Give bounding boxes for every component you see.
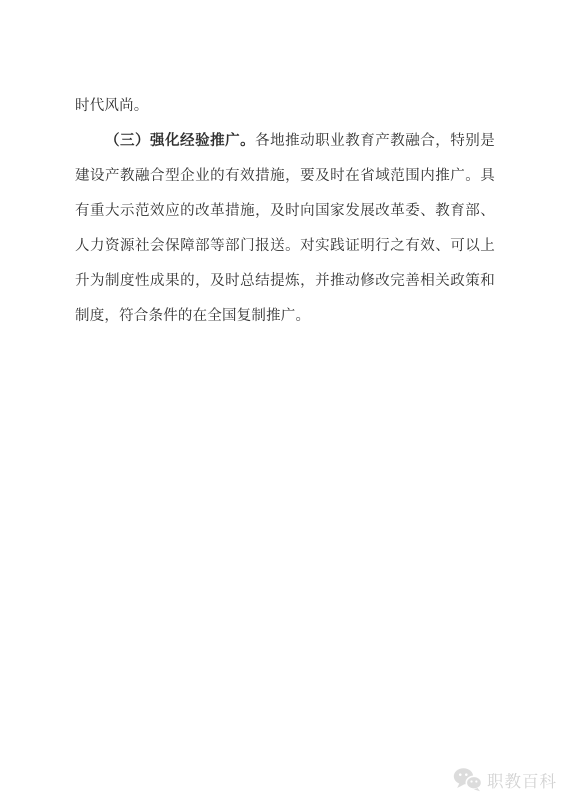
paragraph-text: 各地推动职业教育产教融合，特别是 xyxy=(255,133,495,149)
document-line: 制度，符合条件的在全国复制推广。 xyxy=(75,299,495,334)
document-line: 人力资源社会保障部等部门报送。对实践证明行之有效、可以上 xyxy=(75,229,495,264)
paragraph-text: 制度，符合条件的在全国复制推广。 xyxy=(75,308,310,324)
document-line: 有重大示范效应的改革措施，及时向国家发展改革委、教育部、 xyxy=(75,194,495,229)
document-line: 时代风尚。 xyxy=(75,89,495,124)
document-page: 时代风尚。 （三）强化经验推广。各地推动职业教育产教融合，特别是 建设产教融合型… xyxy=(0,0,570,807)
paragraph-text: 升为制度性成果的，及时总结提炼，并推动修改完善相关政策和 xyxy=(75,273,495,289)
document-line: （三）强化经验推广。各地推动职业教育产教融合，特别是 xyxy=(75,124,495,159)
paragraph-text: 人力资源社会保障部等部门报送。对实践证明行之有效、可以上 xyxy=(75,238,495,254)
section-heading: （三）强化经验推广。 xyxy=(105,133,255,149)
document-line: 升为制度性成果的，及时总结提炼，并推动修改完善相关政策和 xyxy=(75,264,495,299)
paragraph-text: 有重大示范效应的改革措施，及时向国家发展改革委、教育部、 xyxy=(75,203,495,219)
document-body: 时代风尚。 （三）强化经验推广。各地推动职业教育产教融合，特别是 建设产教融合型… xyxy=(75,89,495,334)
wechat-logo-icon xyxy=(453,767,482,792)
document-line: 建设产教融合型企业的有效措施，要及时在省域范围内推广。具 xyxy=(75,159,495,194)
paragraph-text: 建设产教融合型企业的有效措施，要及时在省域范围内推广。具 xyxy=(75,168,495,184)
watermark-label: 职教百科 xyxy=(487,768,557,792)
paragraph-tail-text: 时代风尚。 xyxy=(75,98,149,114)
wechat-account-watermark: 职教百科 xyxy=(453,767,557,792)
